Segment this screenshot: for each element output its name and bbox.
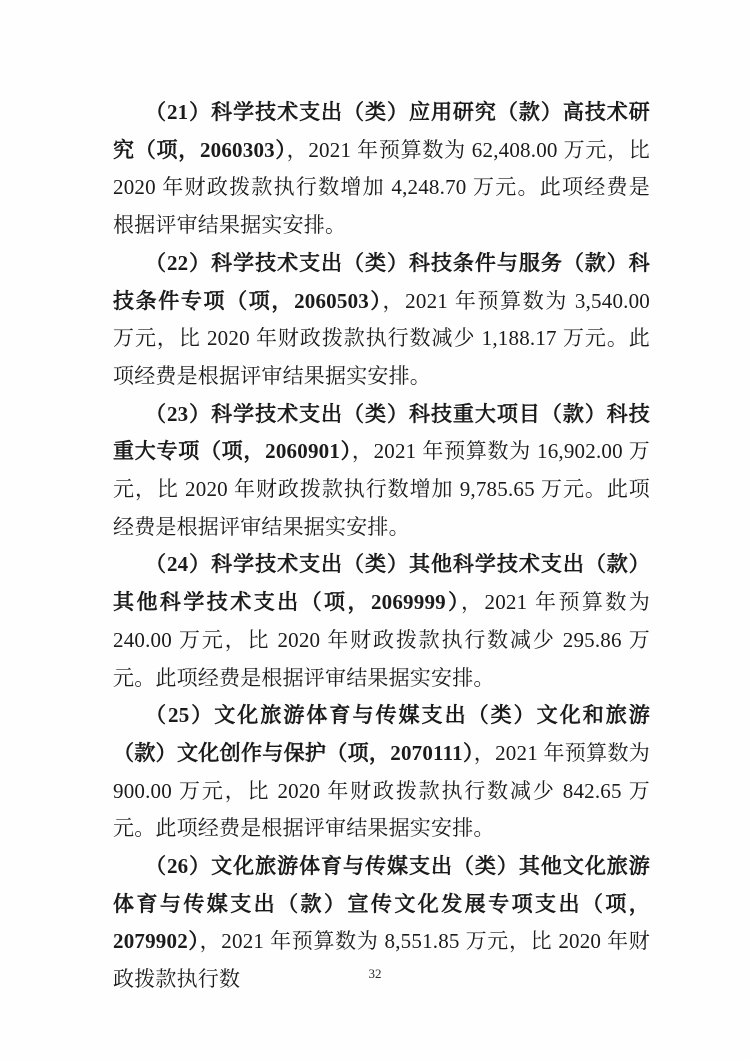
budget-paragraph-21: （21）科学技术支出（类）应用研究（款）高技术研究（项，2060303），202… [113,94,650,245]
budget-paragraph-23: （23）科学技术支出（类）科技重大项目（款）科技重大专项（项，2060901），… [113,396,650,547]
page-number: 32 [0,966,750,982]
document-content: （21）科学技术支出（类）应用研究（款）高技术研究（项，2060303），202… [113,94,650,999]
budget-paragraph-22: （22）科学技术支出（类）科技条件与服务（款）科技条件专项（项，2060503）… [113,245,650,396]
budget-paragraph-24: （24）科学技术支出（类）其他科学技术支出（款）其他科学技术支出（项，20699… [113,546,650,697]
document-page: （21）科学技术支出（类）应用研究（款）高技术研究（项，2060303），202… [0,0,750,1060]
budget-paragraph-25: （25）文化旅游体育与传媒支出（类）文化和旅游（款）文化创作与保护（项，2070… [113,697,650,848]
